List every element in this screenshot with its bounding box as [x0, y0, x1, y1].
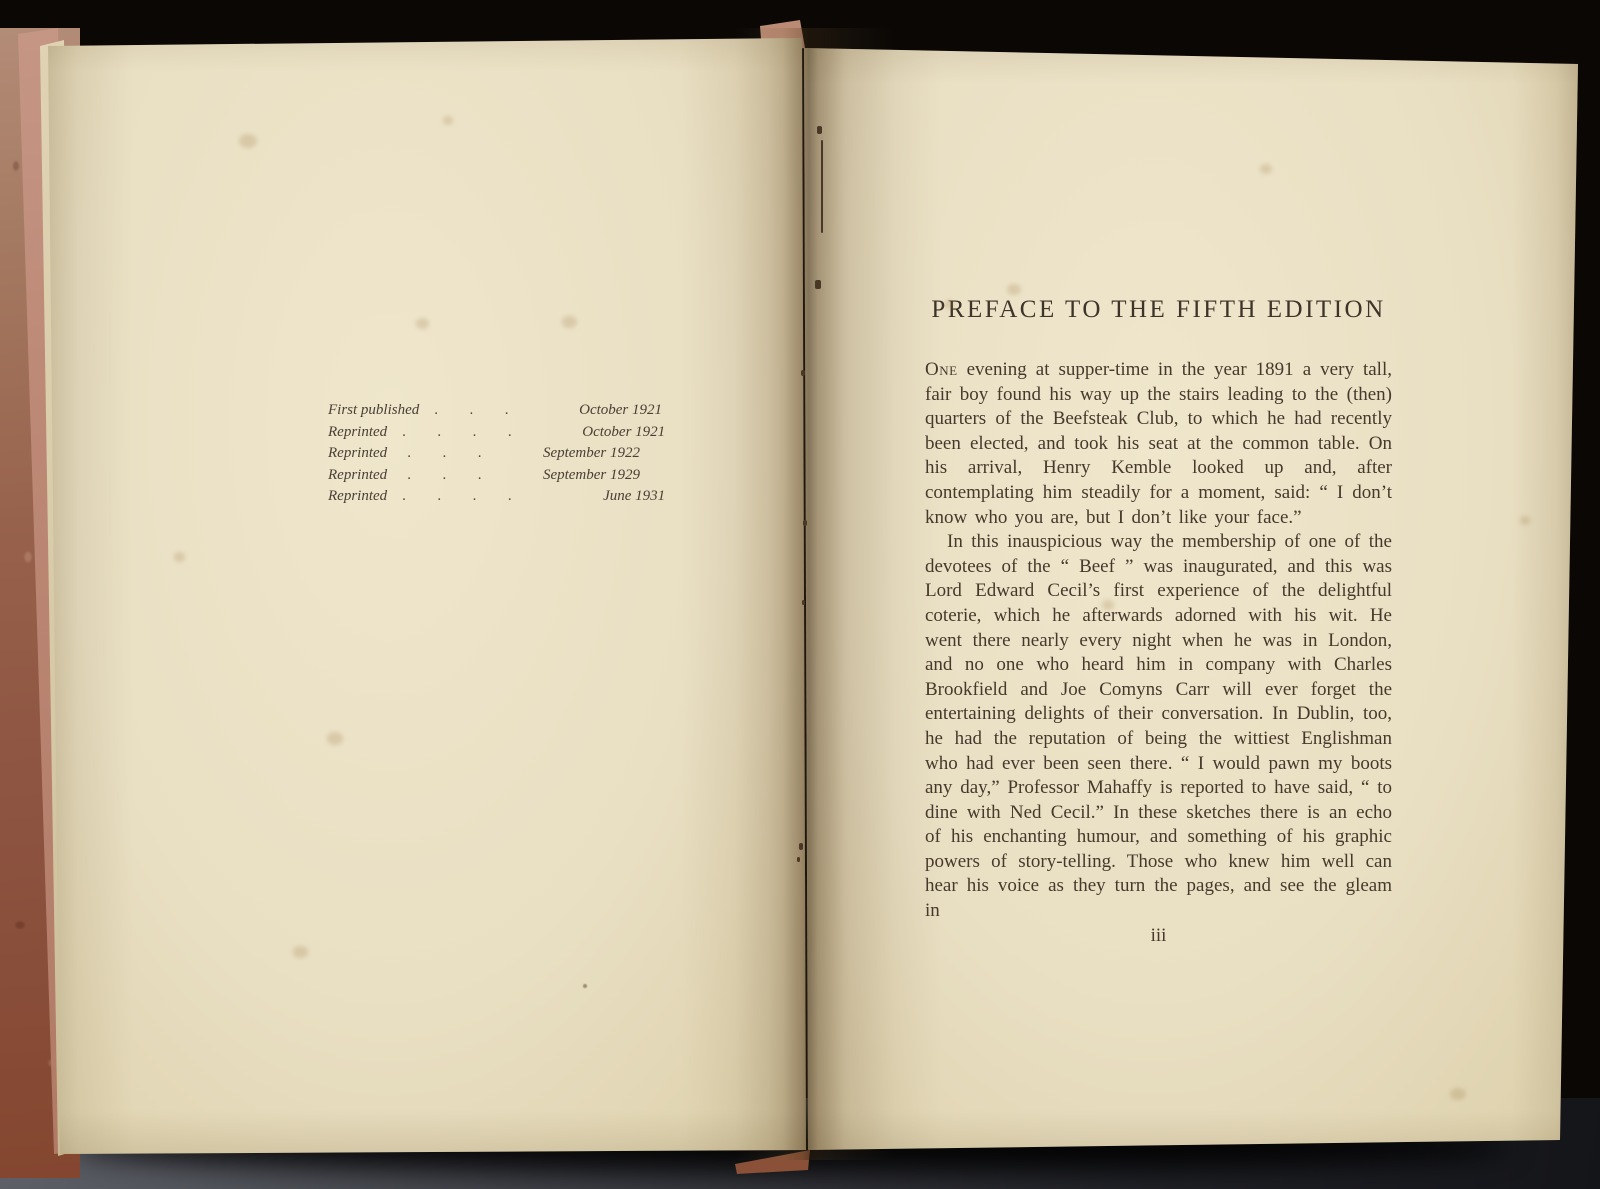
imprint-label: Reprinted [328, 422, 387, 444]
imprint-date: September 1922 [518, 443, 640, 465]
foxing-spot [562, 316, 577, 328]
preface-text: PREFACE TO THE FIFTH EDITION One evening… [925, 296, 1392, 947]
imprint-date: October 1921 [543, 422, 665, 444]
imprint-label: First published [328, 400, 419, 422]
dot-leaders: ... [387, 443, 518, 465]
dot-leaders: ... [387, 465, 518, 487]
right-page: PREFACE TO THE FIFTH EDITION One evening… [802, 44, 1582, 1154]
imprint-label: Reprinted [328, 443, 387, 465]
paragraph-one-text: evening at supper-time in the year 1891 … [925, 359, 1392, 528]
imprint-label: Reprinted [328, 486, 387, 508]
lead-word: One [925, 359, 958, 380]
imprint-row: Reprinted ... September 1929 [328, 465, 640, 487]
foxing-spot [174, 552, 185, 562]
foxing-spot [293, 946, 308, 958]
imprint-label: Reprinted [328, 465, 387, 487]
foxing-spot [1102, 600, 1114, 610]
foxing-spot [1007, 284, 1021, 295]
left-page: First published ... October 1921 Reprint… [44, 30, 810, 1156]
imprint-row: Reprinted ... September 1922 [328, 443, 640, 465]
foxing-spot [416, 318, 429, 329]
paragraph-one: One evening at supper-time in the year 1… [925, 358, 1392, 530]
foxing-spot [327, 732, 343, 745]
book-photograph: First published ... October 1921 Reprint… [0, 0, 1600, 1189]
page-number: iii [925, 925, 1392, 947]
imprint-block: First published ... October 1921 Reprint… [328, 400, 640, 508]
page-title: PREFACE TO THE FIFTH EDITION [925, 296, 1392, 324]
foxing-spot [1260, 164, 1272, 174]
imprint-date: June 1931 [543, 486, 665, 508]
imprint-row: First published ... October 1921 [328, 400, 640, 422]
foxing-spot [944, 300, 954, 309]
dot-leaders: .... [387, 486, 543, 508]
imprint-date: September 1929 [518, 465, 640, 487]
foxing-spot [239, 134, 257, 148]
fly-speck [583, 984, 587, 988]
foxing-spot [443, 116, 453, 125]
imprint-row: Reprinted .... October 1921 [328, 422, 640, 444]
imprint-date: October 1921 [540, 400, 662, 422]
foxing-spot [1450, 1088, 1466, 1100]
dot-leaders: ... [419, 400, 540, 422]
dot-leaders: .... [387, 422, 543, 444]
paragraph-two: In this inauspicious way the membership … [925, 530, 1392, 924]
imprint-row: Reprinted .... June 1931 [328, 486, 640, 508]
foxing-spot [1520, 516, 1530, 525]
